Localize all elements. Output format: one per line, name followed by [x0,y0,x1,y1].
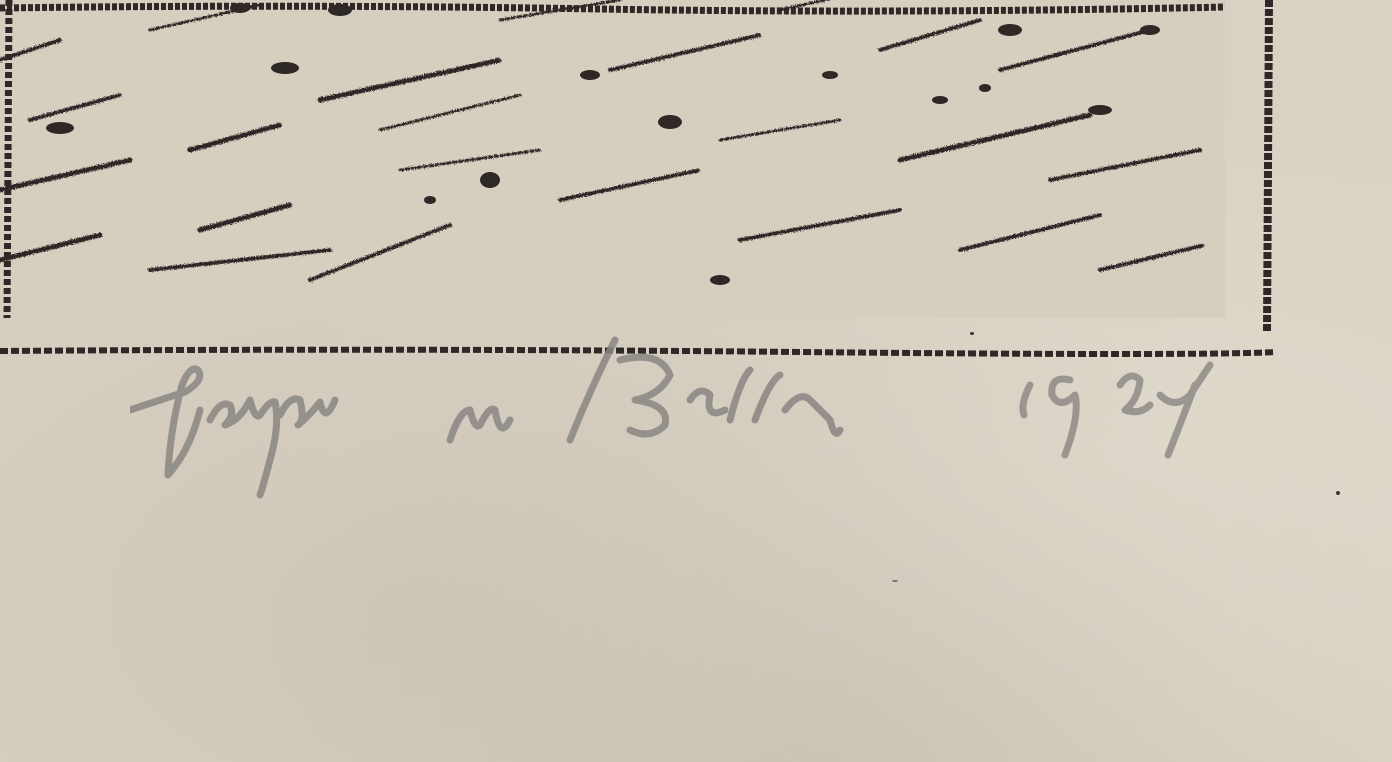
ink-speck [970,332,974,335]
hatched-crayon-texture [0,0,1225,318]
artist-signature: George M Bellows [130,330,870,500]
lithograph-image-area [0,0,1225,318]
paper-speck [892,580,898,582]
outer-border-right-rule [1258,0,1278,335]
pencil-date-strokes [1010,355,1230,465]
paper-speck [1336,491,1340,495]
pencil-signature-strokes [130,330,870,500]
inner-border-right-rule [0,0,18,318]
inner-border-bottom-rule [0,0,1225,16]
print-date: 1924 [1010,355,1230,465]
